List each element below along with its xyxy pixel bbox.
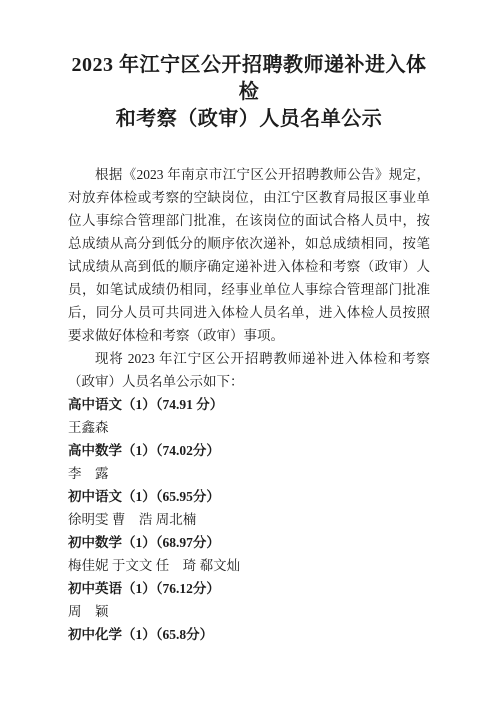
position-names: 李 露 — [68, 462, 430, 485]
position-subject: 高中语文（1）（74.91 分） — [68, 393, 430, 416]
position-subject: 初中数学（1）（68.97分） — [68, 531, 430, 554]
position-names: 王鑫森 — [68, 416, 430, 439]
position-subject: 初中语文（1）（65.95分） — [68, 485, 430, 508]
document-page: 2023 年江宁区公开招聘教师递补进入体检 和考察（政审）人员名单公示 根据《2… — [0, 0, 497, 704]
position-names: 徐明雯 曹 浩 周北楠 — [68, 508, 430, 531]
position-subject: 高中数学（1）（74.02分） — [68, 439, 430, 462]
position-names: 梅佳妮 于文文 任 琦 郗文灿 — [68, 554, 430, 577]
paragraph-intro: 根据《2023 年南京市江宁区公开招聘教师公告》规定，对放弃体检或考察的空缺岗位… — [68, 163, 430, 347]
paragraph-lead-in: 现将 2023 年江宁区公开招聘教师递补进入体检和考察（政审）人员名单公示如下： — [68, 347, 430, 393]
position-subject: 初中化学（1）（65.8分） — [68, 623, 430, 646]
position-names: 周 颖 — [68, 600, 430, 623]
position-subject: 初中英语（1）（76.12分） — [68, 577, 430, 600]
document-title: 2023 年江宁区公开招聘教师递补进入体检 和考察（政审）人员名单公示 — [68, 52, 430, 133]
title-line-2: 和考察（政审）人员名单公示 — [68, 106, 430, 133]
title-line-1: 2023 年江宁区公开招聘教师递补进入体检 — [68, 52, 430, 106]
position-list: 高中语文（1）（74.91 分） 王鑫森 高中数学（1）（74.02分） 李 露… — [68, 393, 430, 646]
